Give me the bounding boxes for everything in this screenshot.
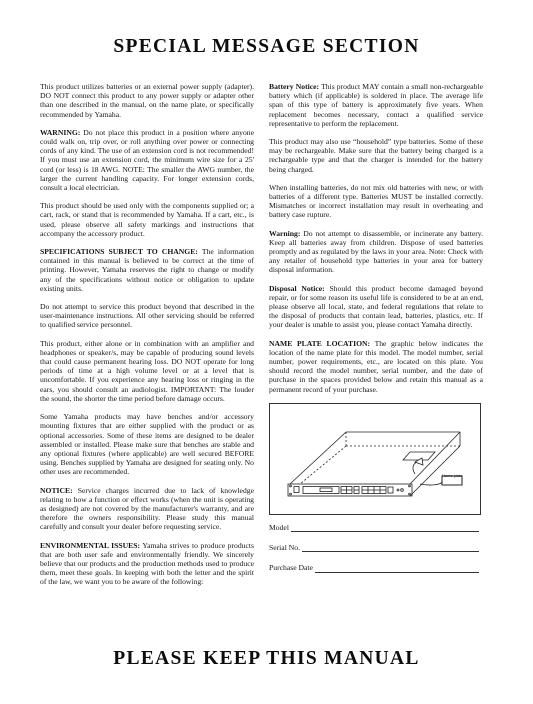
paragraph-specifications: SPECIFICATIONS SUBJECT TO CHANGE: The in… bbox=[40, 247, 254, 293]
paragraph-notice: NOTICE: Service charges incurred due to … bbox=[40, 486, 254, 532]
name-plate-label: Name plate bbox=[442, 471, 462, 480]
paragraph-installing-batteries: When installing batteries, do not mix ol… bbox=[269, 183, 483, 220]
name-plate-illustration: Name plate bbox=[269, 403, 481, 515]
disposal-notice-heading: Disposal Notice: bbox=[269, 284, 325, 293]
paragraph-warning: WARNING: Do not place this product in a … bbox=[40, 128, 254, 192]
specifications-heading: SPECIFICATIONS SUBJECT TO CHANGE: bbox=[40, 247, 198, 256]
purchase-date-label: Purchase Date bbox=[269, 563, 313, 572]
purchase-date-field[interactable]: Purchase Date bbox=[269, 563, 479, 572]
model-input-line[interactable] bbox=[291, 524, 479, 532]
paragraph-components: This product should be used only with th… bbox=[40, 201, 254, 238]
right-column: Battery Notice: This product MAY contain… bbox=[269, 82, 483, 584]
page-title: SPECIAL MESSAGE SECTION bbox=[0, 36, 533, 58]
footer-keep-manual: PLEASE KEEP THIS MANUAL bbox=[0, 648, 533, 670]
warning-heading: WARNING: bbox=[40, 128, 80, 137]
model-field[interactable]: Model bbox=[269, 523, 479, 532]
battery-warning-heading: Warning: bbox=[269, 229, 300, 238]
serial-number-label: Serial No. bbox=[269, 543, 300, 552]
environmental-heading: ENVIRONMENTAL ISSUES: bbox=[40, 541, 140, 550]
paragraph-benches: Some Yamaha products may have benches an… bbox=[40, 412, 254, 476]
serial-number-input-line[interactable] bbox=[302, 544, 479, 552]
battery-notice-heading: Battery Notice: bbox=[269, 82, 319, 91]
paragraph-hearing-loss: This product, either alone or in combina… bbox=[40, 339, 254, 403]
notice-heading: NOTICE: bbox=[40, 486, 73, 495]
paragraph-household-batteries: This product may also use “household” ty… bbox=[269, 137, 483, 174]
paragraph-battery-notice: Battery Notice: This product MAY contain… bbox=[269, 82, 483, 128]
serial-number-field[interactable]: Serial No. bbox=[269, 543, 479, 552]
model-label: Model bbox=[269, 523, 289, 532]
rack-unit-drawing-icon bbox=[270, 404, 480, 514]
paragraph-name-plate-location: NAME PLATE LOCATION: The graphic below i… bbox=[269, 339, 483, 394]
name-plate-heading: NAME PLATE LOCATION: bbox=[269, 339, 370, 348]
paragraph-service: Do not attempt to service this product b… bbox=[40, 302, 254, 330]
paragraph-disposal-notice: Disposal Notice: Should this product bec… bbox=[269, 284, 483, 330]
left-column: This product utilizes batteries or an ex… bbox=[40, 82, 254, 596]
purchase-date-input-line[interactable] bbox=[315, 565, 479, 573]
paragraph-power-supply: This product utilizes batteries or an ex… bbox=[40, 82, 254, 119]
paragraph-battery-warning: Warning: Do not attempt to disassemble, … bbox=[269, 229, 483, 275]
paragraph-environmental: ENVIRONMENTAL ISSUES: Yamaha strives to … bbox=[40, 541, 254, 587]
